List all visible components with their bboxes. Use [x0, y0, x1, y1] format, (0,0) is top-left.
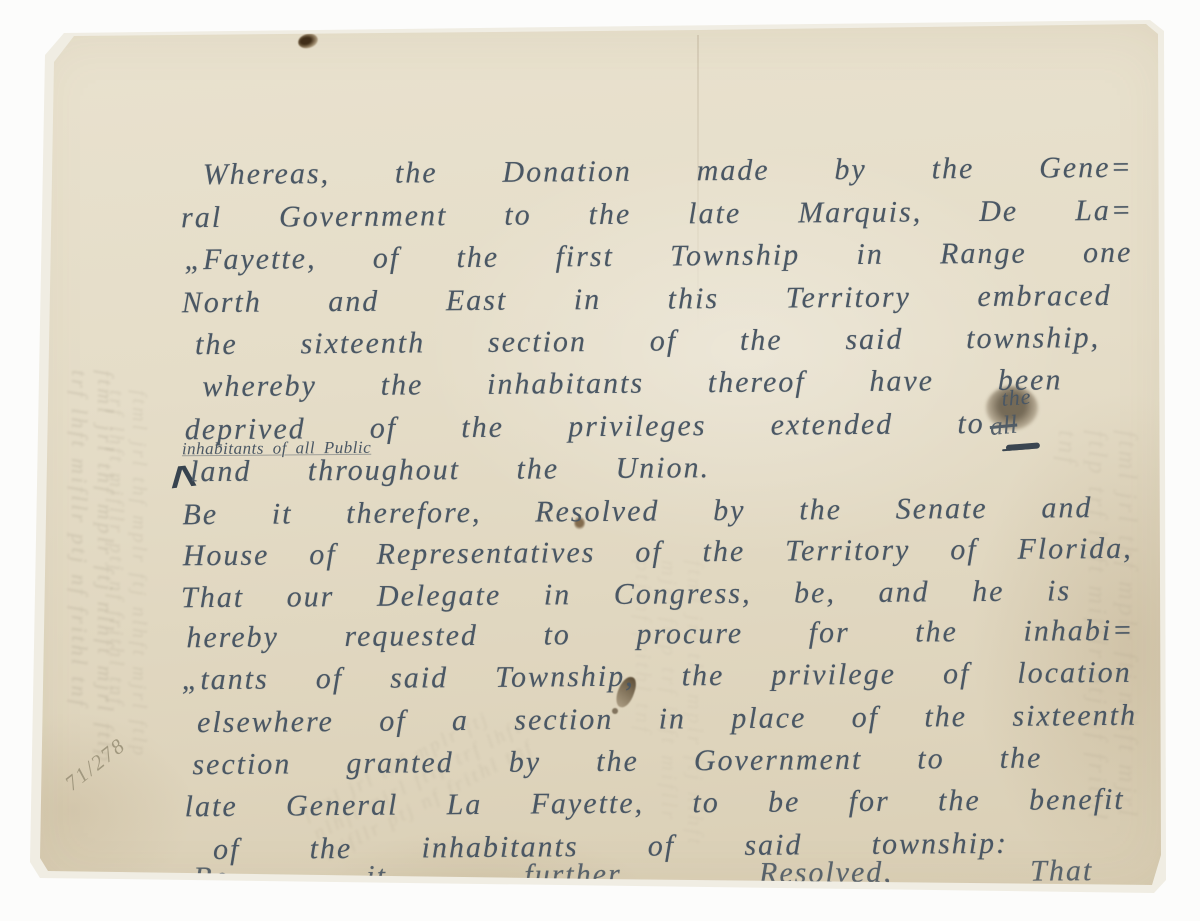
- manuscript-line: Whereas, the Donation made by the Gene=: [203, 151, 1133, 191]
- manuscript-line: hereby requested to procure for the inha…: [186, 614, 1134, 654]
- strike-mark: [1006, 442, 1040, 451]
- manuscript-line: ral Government to the late Marquis, De L…: [181, 194, 1133, 234]
- struckthrough-word: all: [988, 410, 1018, 442]
- manuscript-line: elsewhere of a section in place of the s…: [197, 699, 1137, 739]
- manuscript-line: House of Representatives of the Territor…: [183, 532, 1133, 572]
- manuscript-line: Be it therefore, Resolved by the Senate …: [182, 491, 1092, 531]
- scanned-document: ftml jrl thf mplr ftj nlhft mjrl ftlp tr…: [0, 0, 1200, 921]
- margin-number: 71/278: [60, 733, 131, 796]
- handwriting-layer: Whereas, the Donation made by the Gene= …: [0, 0, 1200, 921]
- manuscript-line: North and East in this Territory embrace…: [182, 279, 1112, 319]
- manuscript-line: „Fayette, of the first Township in Range…: [184, 236, 1132, 276]
- superscript-correction: the: [1001, 384, 1033, 412]
- manuscript-page: ftml jrl thf mplr ftj nlhft mjrl ftlp tr…: [0, 0, 1200, 921]
- manuscript-line: the sixteenth section of the said townsh…: [195, 321, 1100, 361]
- manuscript-line: late General La Fayette, to be for the b…: [185, 783, 1125, 823]
- manuscript-line: section granted by the Government to the: [192, 742, 1042, 782]
- manuscript-line: „tants of said Township, the privilege o…: [182, 656, 1132, 696]
- manuscript-line: land throughout the Union.: [190, 451, 710, 488]
- manuscript-line: That our Delegate in Congress, be, and h…: [181, 574, 1071, 614]
- manuscript-line: whereby the inhabitants thereof have bee…: [202, 363, 1062, 403]
- corner-mark: [44, 20, 50, 26]
